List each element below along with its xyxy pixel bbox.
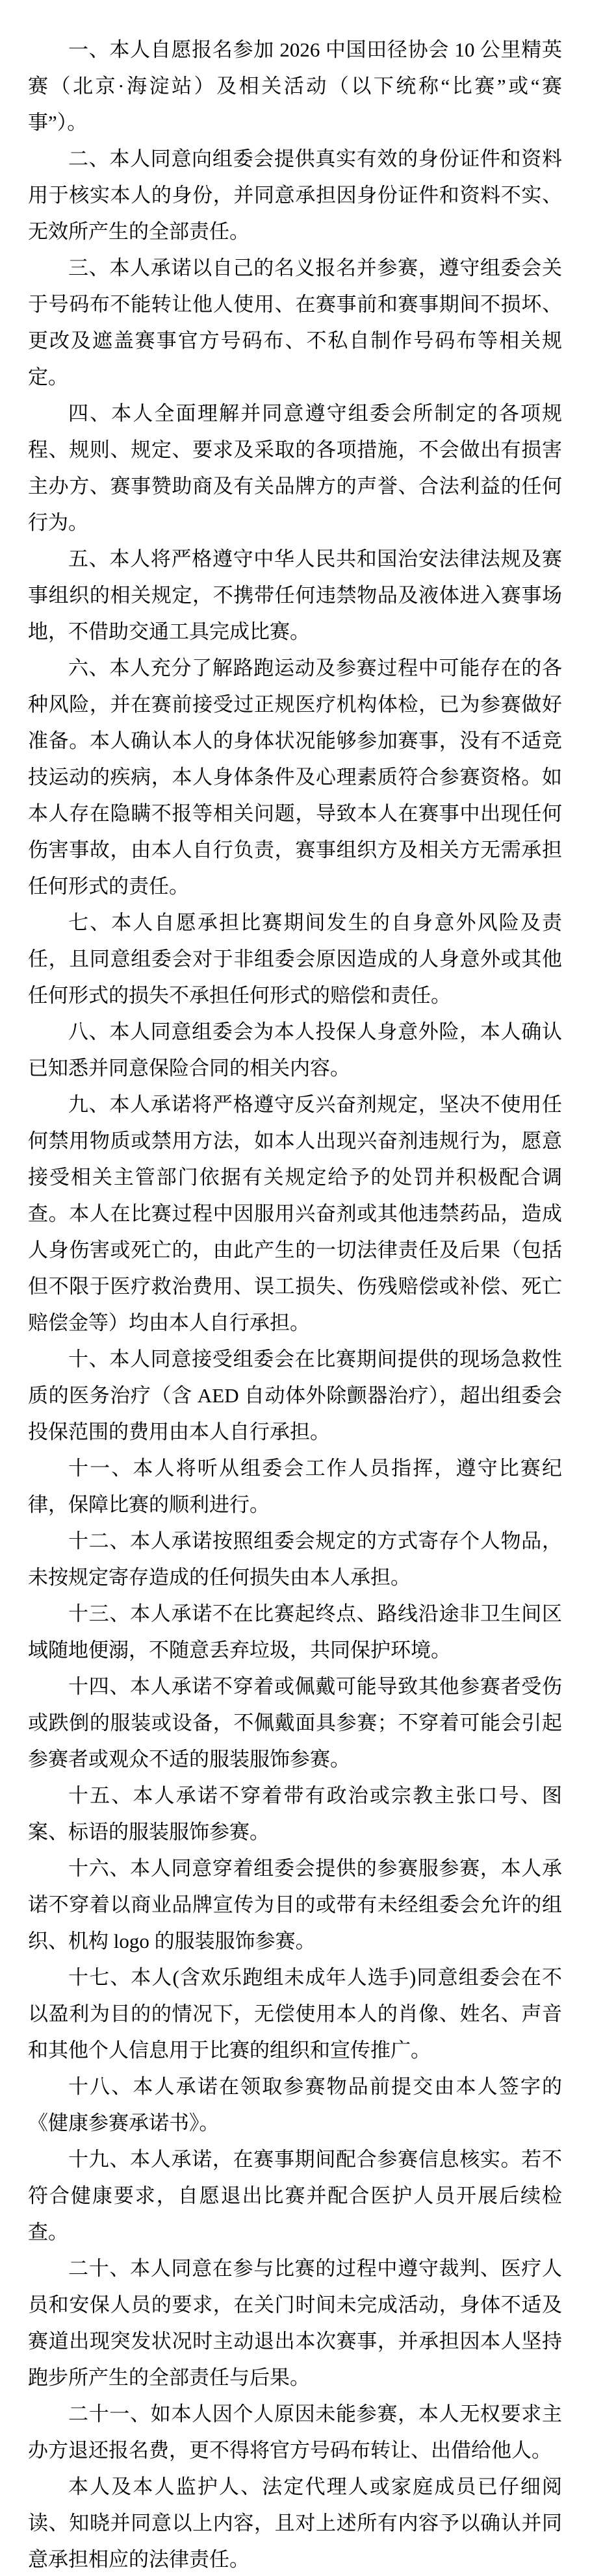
agreement-paragraph-20: 二十、本人同意在参与比赛的过程中遵守裁判、医疗人员和安保人员的要求，在关门时间未… (28, 2251, 562, 2396)
agreement-document-page: 一、本人自愿报名参加 2026 中国田径协会 10 公里精英赛（北京·海淀站）及… (0, 0, 590, 2576)
agreement-paragraph-15: 十五、本人承诺不穿着带有政治或宗教主张口号、图案、标语的服装服饰参赛。 (28, 1778, 562, 1850)
agreement-paragraph-17: 十七、本人(含欢乐跑组未成年人选手)同意组委会在不以盈利为目的的情况下，无偿使用… (28, 1960, 562, 2069)
agreement-paragraph-5: 五、本人将严格遵守中华人民共和国治安法律法规及赛事组织的相关规定，不携带任何违禁… (28, 541, 562, 650)
agreement-paragraph-16: 十六、本人同意穿着组委会提供的参赛服参赛，本人承诺不穿着以商业品牌宣传为目的或带… (28, 1850, 562, 1960)
agreement-paragraph-11: 十一、本人将听从组委会工作人员指挥，遵守比赛纪律，保障比赛的顺利进行。 (28, 1450, 562, 1523)
agreement-paragraph-list: 一、本人自愿报名参加 2026 中国田径协会 10 公里精英赛（北京·海淀站）及… (28, 32, 562, 2576)
agreement-paragraph-2: 二、本人同意向组委会提供真实有效的身份证件和资料用于核实本人的身份，并同意承担因… (28, 141, 562, 250)
agreement-paragraph-1: 一、本人自愿报名参加 2026 中国田径协会 10 公里精英赛（北京·海淀站）及… (28, 32, 562, 141)
agreement-paragraph-14: 十四、本人承诺不穿着或佩戴可能导致其他参赛者受伤或跌倒的服装或设备，不佩戴面具参… (28, 1669, 562, 1778)
agreement-paragraph-6: 六、本人充分了解路跑运动及参赛过程中可能存在的各种风险，并在赛前接受过正规医疗机… (28, 650, 562, 905)
agreement-paragraph-12: 十二、本人承诺按照组委会规定的方式寄存个人物品，未按规定寄存造成的任何损失由本人… (28, 1523, 562, 1596)
agreement-paragraph-9: 九、本人承诺将严格遵守反兴奋剂规定，坚决不使用任何禁用物质或禁用方法，如本人出现… (28, 1087, 562, 1341)
agreement-paragraph-19: 十九、本人承诺，在赛事期间配合参赛信息核实。若不符合健康要求，自愿退出比赛并配合… (28, 2141, 562, 2251)
agreement-paragraph-8: 八、本人同意组委会为本人投保人身意外险，本人确认已知悉并同意保险合同的相关内容。 (28, 1014, 562, 1087)
agreement-paragraph-21: 二十一、如本人因个人原因未能参赛，本人无权要求主办方退还报名费，更不得将官方号码… (28, 2396, 562, 2469)
agreement-paragraph-22: 本人及本人监护人、法定代理人或家庭成员已仔细阅读、知晓并同意以上内容，且对上述所… (28, 2469, 562, 2576)
agreement-paragraph-4: 四、本人全面理解并同意遵守组委会所制定的各项规程、规则、规定、要求及采取的各项措… (28, 396, 562, 541)
agreement-paragraph-3: 三、本人承诺以自己的名义报名并参赛，遵守组委会关于号码布不能转让他人使用、在赛事… (28, 250, 562, 396)
agreement-paragraph-13: 十三、本人承诺不在比赛起终点、路线沿途非卫生间区域随地便溺，不随意丢弃垃圾，共同… (28, 1596, 562, 1669)
agreement-paragraph-18: 十八、本人承诺在领取参赛物品前提交由本人签字的《健康参赛承诺书》。 (28, 2069, 562, 2141)
agreement-paragraph-10: 十、本人同意接受组委会在比赛期间提供的现场急救性质的医务治疗（含 AED 自动体… (28, 1341, 562, 1450)
agreement-paragraph-7: 七、本人自愿承担比赛期间发生的自身意外风险及责任，且同意组委会对于非组委会原因造… (28, 905, 562, 1014)
